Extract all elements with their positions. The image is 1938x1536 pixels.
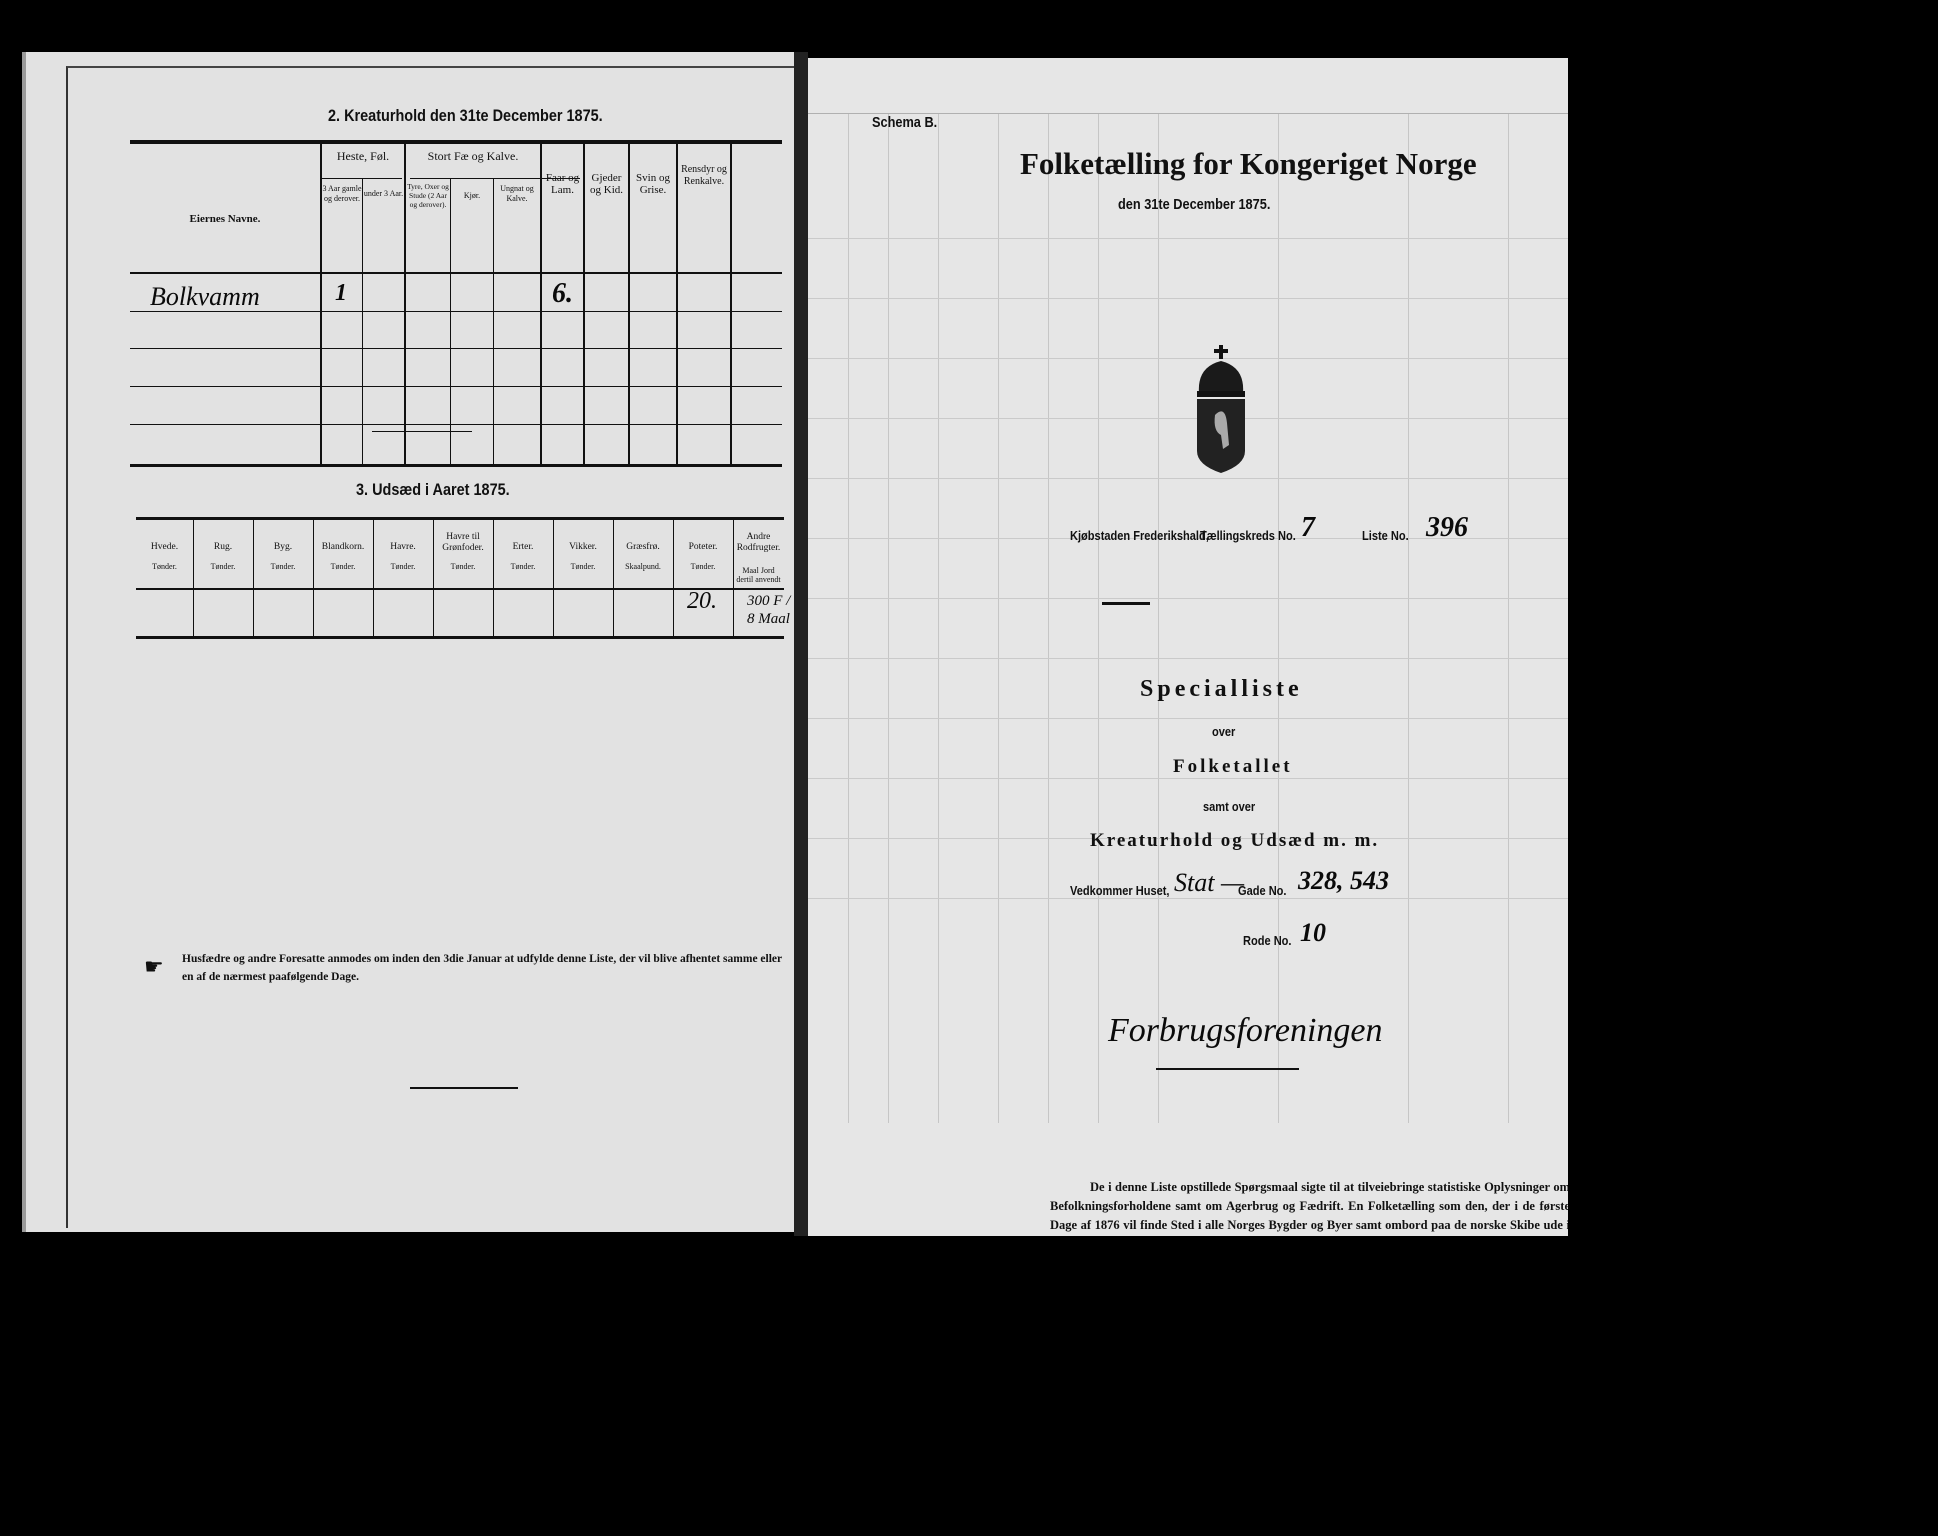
norway-coat-of-arms-icon xyxy=(1195,345,1247,480)
seed-col-unit: Tønder. xyxy=(433,562,493,571)
district-label: Tællingskreds No. xyxy=(1200,528,1296,543)
seed-col-unit: Tønder. xyxy=(193,562,253,571)
owner-signature: Forbrugsforeningen xyxy=(1108,1012,1383,1050)
seed-col-header: Andre Rodfrugter. xyxy=(733,532,784,554)
right-page xyxy=(808,58,1568,1236)
col-divider xyxy=(676,140,678,466)
main-title: Folketælling for Kongeriget Norge xyxy=(1020,146,1477,182)
col-divider xyxy=(450,178,451,466)
seed-col-divider xyxy=(553,520,554,638)
seed-col-header: Byg. xyxy=(253,542,313,553)
seed-value-cell: 20. xyxy=(687,592,747,610)
rode-label: Rode No. xyxy=(1243,933,1292,948)
rode-number: 10 xyxy=(1300,918,1326,948)
seed-col-unit: Tønder. xyxy=(313,562,373,571)
table-top-rule xyxy=(130,140,782,144)
seed-col-divider xyxy=(373,520,374,638)
samt-over-label: samt over xyxy=(1203,799,1255,814)
col-divider xyxy=(362,178,363,466)
col-divider xyxy=(730,140,732,466)
title-rule xyxy=(1102,602,1150,605)
header-bottom-rule xyxy=(130,272,782,274)
signature-underline xyxy=(1156,1068,1299,1070)
horses-3plus-header: 3 Aar gamle og derover. xyxy=(322,184,362,204)
book-spine xyxy=(794,52,808,1236)
seed-col-header: Vikker. xyxy=(553,542,613,553)
section-divider xyxy=(372,431,472,432)
sheep-header: Faar og Lam. xyxy=(542,172,583,196)
left-page-frame xyxy=(66,66,798,1228)
row-rule xyxy=(130,386,782,387)
cattle-group-header: Stort Fæ og Kalve. xyxy=(406,150,540,162)
seed-col-divider xyxy=(673,520,674,638)
col-divider xyxy=(493,178,494,466)
section2-title: 2. Kreaturhold den 31te December 1875. xyxy=(328,106,603,126)
seed-col-divider xyxy=(313,520,314,638)
seed-col-divider xyxy=(493,520,494,638)
house-value: Stat — xyxy=(1174,868,1244,898)
seed-table-top-rule xyxy=(136,517,784,520)
gade-label: Gade No. xyxy=(1238,883,1287,898)
instruction-notice: Husfædre og andre Foresatte anmodes om i… xyxy=(182,950,784,986)
seed-col-header: Græsfrø. xyxy=(613,542,673,553)
cattle-cows-header: Kjør. xyxy=(451,190,493,202)
district-number: 7 xyxy=(1301,512,1315,544)
seed-col-header: Blandkorn. xyxy=(313,542,373,553)
row-rule xyxy=(130,424,782,425)
row-rule xyxy=(130,348,782,349)
list-label: Liste No. xyxy=(1362,528,1409,543)
seed-table-bottom-rule xyxy=(136,636,784,639)
cattle-bulls-header: Tyre, Oxer og Stude (2 Aar og derover). xyxy=(406,182,450,209)
seed-col-unit: Tønder. xyxy=(136,562,193,571)
seed-col-unit: Tønder. xyxy=(673,562,733,571)
closing-rule xyxy=(410,1087,518,1089)
pigs-header: Svin og Grise. xyxy=(630,172,676,196)
info-paragraph: De i denne Liste opstillede Spørgsmaal s… xyxy=(1050,1178,1568,1236)
sheep-cell: 6. xyxy=(552,278,573,310)
table-bottom-rule xyxy=(130,464,782,467)
seed-value-cell: 300 F / 8 Maal xyxy=(747,592,798,628)
seed-col-header: Havre. xyxy=(373,542,433,553)
seed-col-divider xyxy=(193,520,194,638)
seed-col-header: Havre til Grønfoder. xyxy=(433,532,493,554)
seed-col-unit: Tønder. xyxy=(493,562,553,571)
section3-title: 3. Udsæd i Aaret 1875. xyxy=(356,480,510,500)
owner-header: Eiernes Navne. xyxy=(170,213,280,225)
kreaturhold-title: Kreaturhold og Udsæd m. m. xyxy=(1090,830,1379,852)
seed-col-unit: Tønder. xyxy=(253,562,313,571)
seed-col-unit: Skaalpund. xyxy=(613,562,673,571)
seed-col-divider xyxy=(253,520,254,638)
horses-under3-header: under 3 Aar. xyxy=(363,188,404,200)
folketallet-title: Folketallet xyxy=(1173,756,1293,778)
seed-col-header: Rug. xyxy=(193,542,253,553)
seed-col-unit: Tønder. xyxy=(373,562,433,571)
house-label: Vedkommer Huset, xyxy=(1070,883,1169,898)
schema-label: Schema B. xyxy=(872,114,937,131)
cattle-young-header: Ungnat og Kalve. xyxy=(494,184,540,204)
date-line: den 31te December 1875. xyxy=(1118,196,1270,213)
seed-col-header: Poteter. xyxy=(673,542,733,553)
pointing-hand-icon: ☛ xyxy=(144,954,164,980)
owner-name-cell: Bolkvamm xyxy=(150,282,260,312)
left-page xyxy=(22,52,798,1232)
seed-col-divider xyxy=(613,520,614,638)
seed-col-unit: Maal Jord dertil anvendt xyxy=(733,566,784,584)
seed-col-unit: Tønder. xyxy=(553,562,613,571)
goats-header: Gjeder og Kid. xyxy=(585,172,628,196)
horses-group-header: Heste, Føl. xyxy=(322,150,404,162)
seed-col-header: Hvede. xyxy=(136,542,193,553)
town-label: Kjøbstaden Frederikshald, xyxy=(1070,528,1209,543)
reindeer-header: Rensdyr og Renkalve. xyxy=(678,164,730,188)
over-label: over xyxy=(1212,724,1235,739)
seed-col-header: Erter. xyxy=(493,542,553,553)
gade-number: 328, 543 xyxy=(1298,866,1389,896)
list-number: 396 xyxy=(1426,512,1468,544)
horses-3plus-cell: 1 xyxy=(335,280,347,307)
specialliste-title: Specialliste xyxy=(1140,676,1303,703)
